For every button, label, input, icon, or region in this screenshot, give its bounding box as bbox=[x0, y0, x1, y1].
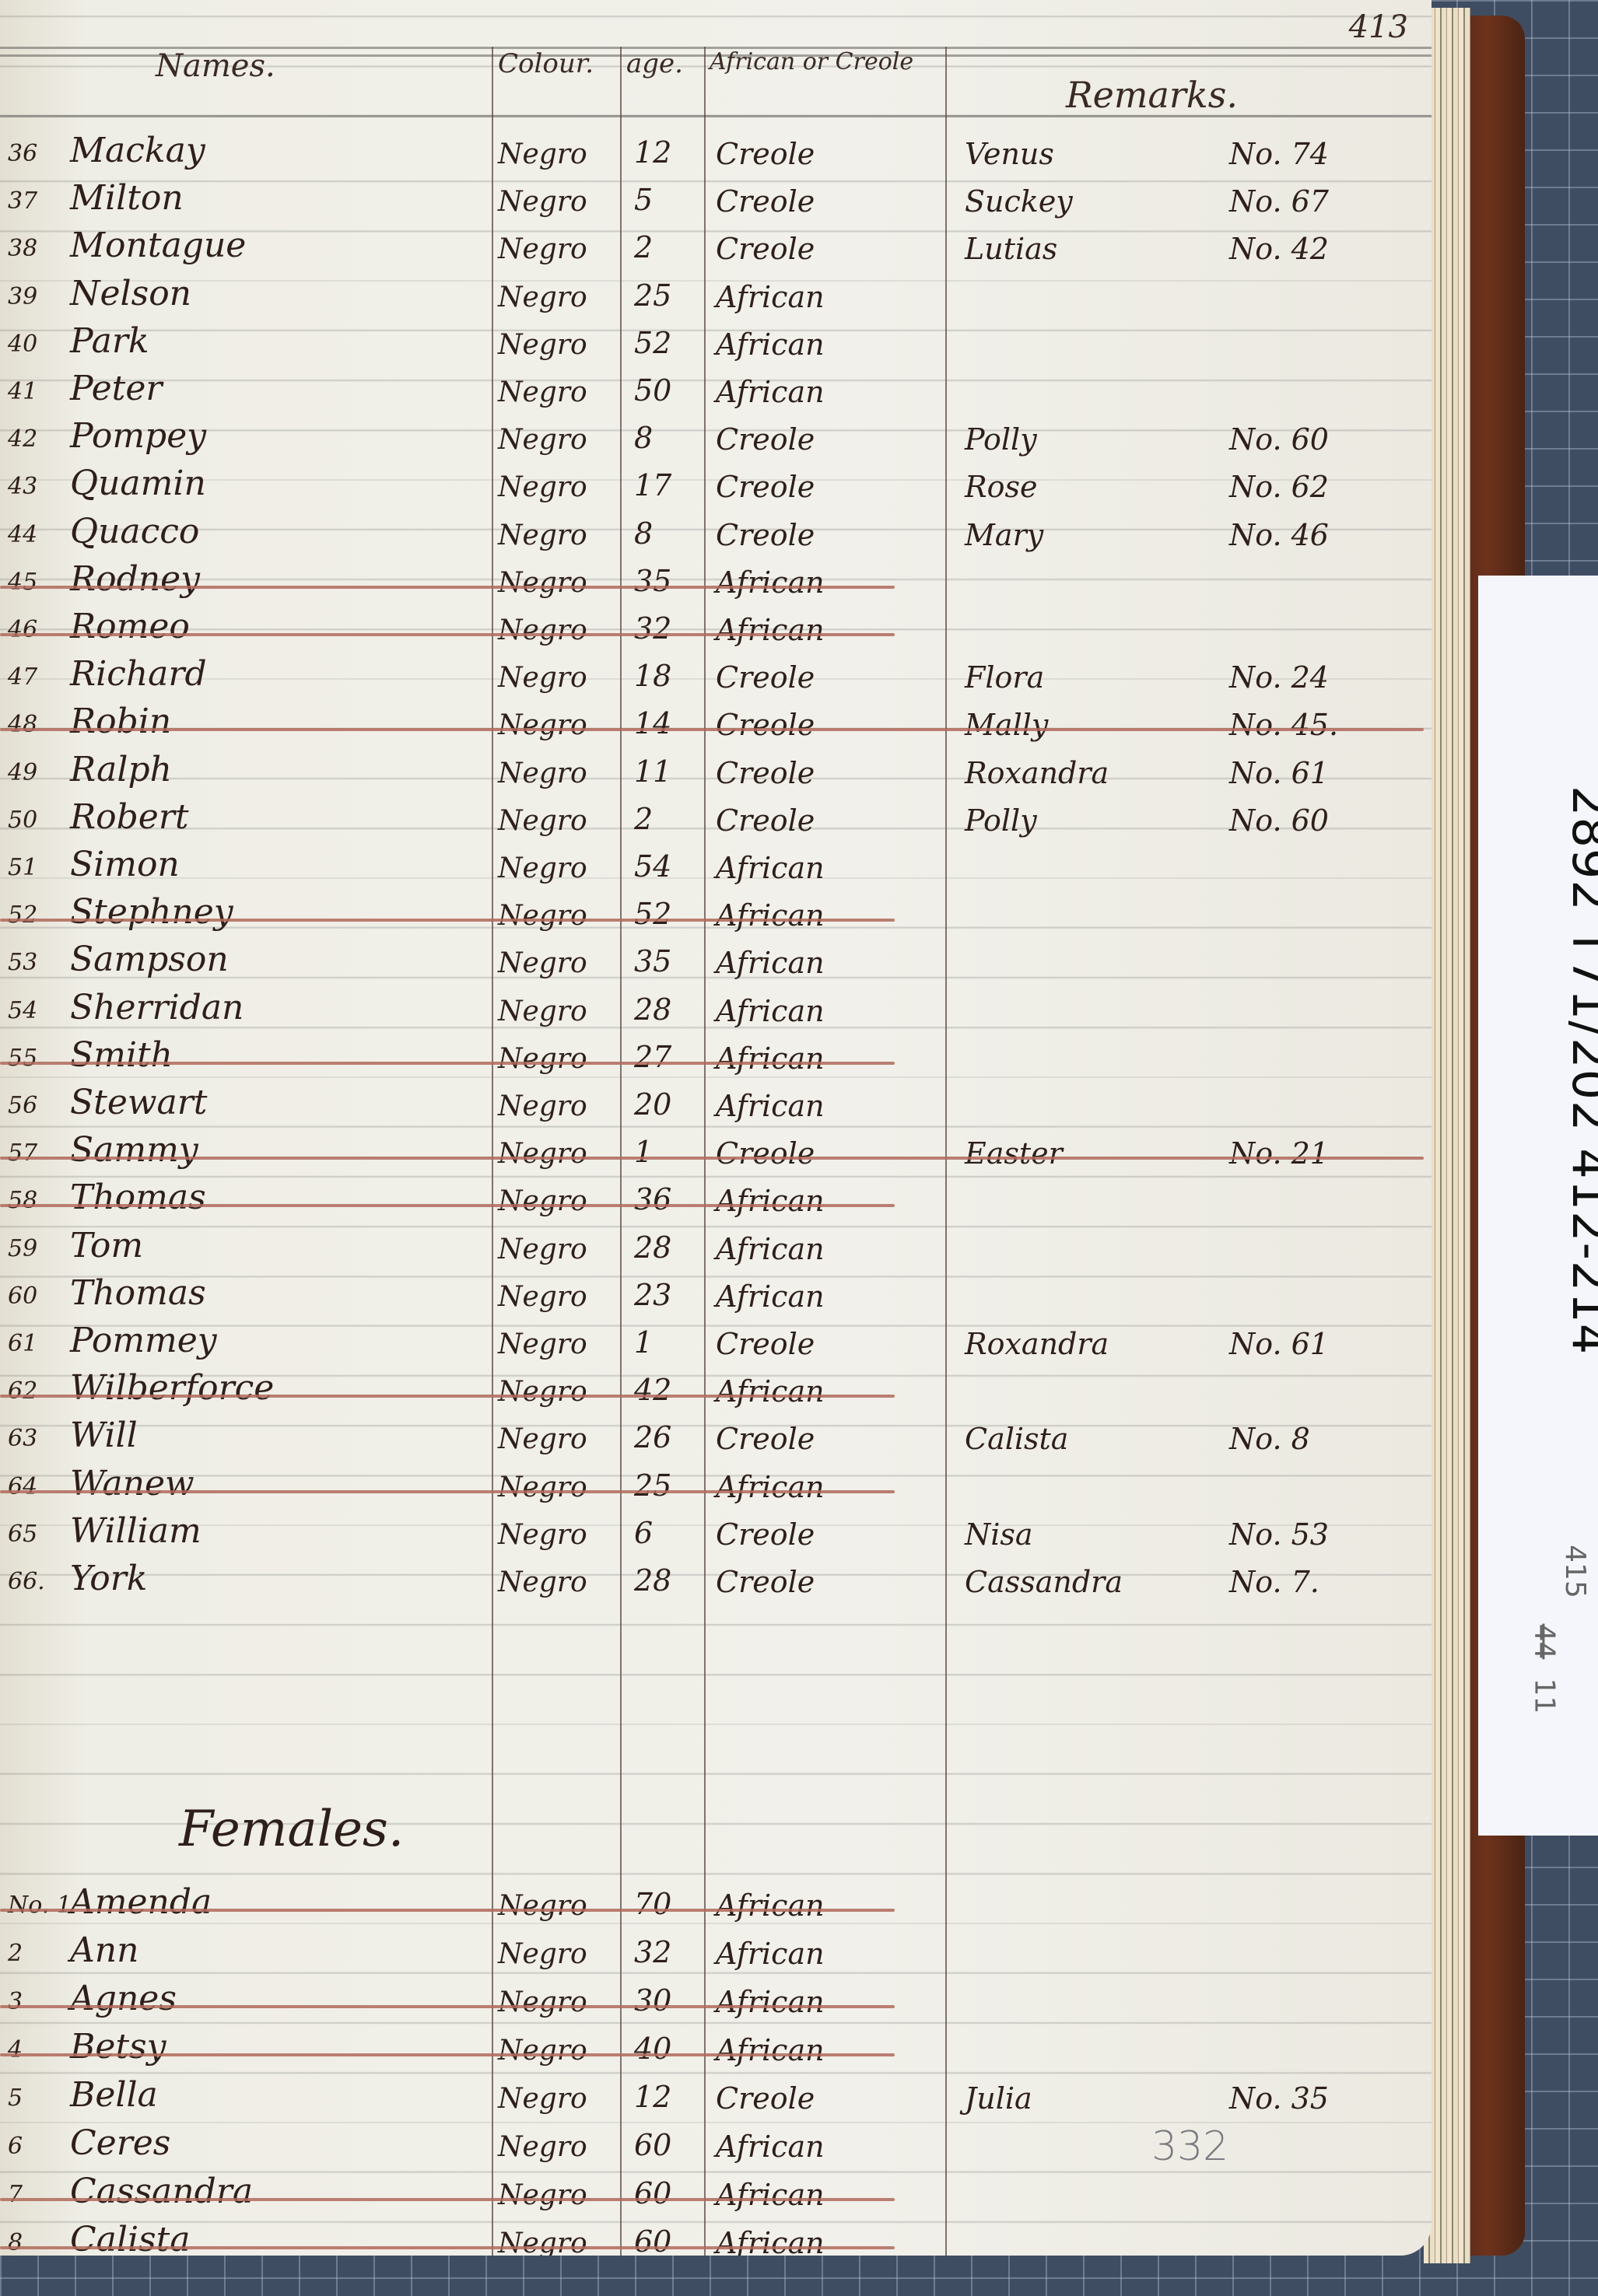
age-value: 26 bbox=[634, 1420, 671, 1454]
entry-number: 52 bbox=[8, 901, 37, 929]
entry-number: 47 bbox=[8, 663, 37, 691]
origin-value: African bbox=[716, 1374, 825, 1409]
entry-number: 46 bbox=[8, 616, 37, 643]
strikethrough-line bbox=[0, 1157, 1424, 1160]
strikethrough-line bbox=[0, 586, 895, 589]
entry-number: 4 bbox=[8, 2036, 23, 2063]
register-row: 49 Ralph Negro 11 Creole Roxandra No. 61 bbox=[0, 750, 1424, 798]
header-age: age. bbox=[626, 48, 683, 79]
origin-value: African bbox=[716, 613, 825, 647]
origin-value: Creole bbox=[716, 2081, 815, 2116]
entry-number: 65 bbox=[8, 1521, 37, 1548]
age-value: 27 bbox=[634, 1040, 671, 1074]
entry-number: 53 bbox=[8, 949, 37, 976]
register-row: 37 Milton Negro 5 Creole Suckey No. 67 bbox=[0, 178, 1424, 226]
origin-value: Creole bbox=[716, 708, 815, 742]
register-row: 64 Wanew Negro 25 African bbox=[0, 1464, 1424, 1512]
age-value: 36 bbox=[634, 1182, 671, 1216]
origin-value: African bbox=[716, 327, 825, 362]
remark-mother-name: Venus bbox=[965, 137, 1054, 171]
colour-value: Negro bbox=[498, 947, 587, 979]
register-row: 43 Quamin Negro 17 Creole Rose No. 62 bbox=[0, 464, 1424, 512]
entry-number: 36 bbox=[8, 140, 37, 167]
entry-number: 38 bbox=[8, 235, 37, 262]
origin-value: African bbox=[716, 1184, 825, 1218]
colour-value: Negro bbox=[498, 1090, 587, 1122]
remark-mother-name: Julia bbox=[965, 2081, 1032, 2116]
remark-mother-name: Roxandra bbox=[965, 1327, 1109, 1361]
entry-number: 2 bbox=[8, 1940, 23, 1967]
register-row: 5 Bella Negro 12 Creole Julia No. 35 bbox=[0, 2075, 1424, 2123]
remark-mother-name: Mally bbox=[965, 708, 1048, 742]
register-row: 57 Sammy Negro 1 Creole Easter No. 21 bbox=[0, 1130, 1424, 1178]
age-value: 17 bbox=[634, 468, 671, 502]
colour-value: Negro bbox=[498, 2228, 587, 2256]
age-value: 6 bbox=[634, 1516, 653, 1550]
origin-value: Creole bbox=[716, 518, 815, 552]
register-row: 47 Richard Negro 18 Creole Flora No. 24 bbox=[0, 654, 1424, 702]
entry-number: 43 bbox=[8, 473, 37, 500]
person-name: Cassandra bbox=[70, 2172, 253, 2211]
origin-value: Creole bbox=[716, 660, 815, 695]
remark-mother-name: Polly bbox=[965, 803, 1037, 838]
register-row: 7 Cassandra Negro 60 African bbox=[0, 2172, 1424, 2220]
register-row: 65 William Negro 6 Creole Nisa No. 53 bbox=[0, 1511, 1424, 1559]
origin-value: African bbox=[716, 1888, 825, 1923]
person-name: William bbox=[70, 1511, 202, 1551]
person-name: Robin bbox=[70, 702, 171, 741]
entry-number: 57 bbox=[8, 1139, 37, 1167]
age-value: 70 bbox=[634, 1887, 671, 1921]
colour-value: Negro bbox=[498, 852, 587, 884]
origin-value: Creole bbox=[716, 232, 815, 266]
entry-number: 39 bbox=[8, 283, 37, 310]
entry-number: 7 bbox=[8, 2181, 23, 2208]
entry-number: 54 bbox=[8, 997, 37, 1024]
age-value: 28 bbox=[634, 992, 671, 1027]
colour-value: Negro bbox=[498, 758, 587, 789]
entry-number: 61 bbox=[8, 1330, 37, 1357]
origin-value: African bbox=[716, 946, 825, 980]
remark-mother-number: No. 42 bbox=[1229, 232, 1329, 266]
register-row: 36 Mackay Negro 12 Creole Venus No. 74 bbox=[0, 131, 1424, 179]
entry-number: 50 bbox=[8, 807, 37, 834]
register-row: 63 Will Negro 26 Creole Calista No. 8 bbox=[0, 1416, 1424, 1464]
age-value: 54 bbox=[634, 849, 671, 884]
age-value: 60 bbox=[634, 2176, 671, 2210]
entry-number: 8 bbox=[8, 2229, 23, 2256]
person-name: Milton bbox=[70, 178, 184, 218]
remark-mother-number: No. 74 bbox=[1229, 137, 1329, 171]
register-row: 2 Ann Negro 32 African bbox=[0, 1930, 1424, 1979]
entry-number: 62 bbox=[8, 1377, 37, 1405]
origin-value: African bbox=[716, 994, 825, 1028]
origin-value: African bbox=[716, 375, 825, 409]
colour-value: Negro bbox=[498, 376, 587, 408]
remark-mother-number: No. 62 bbox=[1229, 470, 1329, 504]
strikethrough-line bbox=[0, 1909, 895, 1912]
register-row: 54 Sherridan Negro 28 African bbox=[0, 988, 1424, 1036]
origin-value: Creole bbox=[716, 422, 815, 457]
remark-mother-number: No. 46 bbox=[1229, 518, 1329, 552]
person-name: Peter bbox=[70, 369, 162, 408]
age-value: 42 bbox=[634, 1373, 671, 1407]
person-name: Ceres bbox=[70, 2123, 170, 2163]
remark-mother-name: Mary bbox=[965, 518, 1043, 552]
origin-value: African bbox=[716, 1232, 825, 1266]
register-row: 39 Nelson Negro 25 African bbox=[0, 274, 1424, 322]
colour-value: Negro bbox=[498, 662, 587, 694]
strikethrough-line bbox=[0, 2053, 895, 2056]
register-row: 66. York Negro 28 Creole Cassandra No. 7… bbox=[0, 1559, 1424, 1607]
entry-number: 37 bbox=[8, 187, 37, 215]
colour-value: Negro bbox=[498, 1138, 587, 1170]
origin-value: Creole bbox=[716, 1517, 815, 1552]
age-value: 52 bbox=[634, 326, 671, 360]
age-value: 35 bbox=[634, 944, 671, 978]
origin-value: African bbox=[716, 1470, 825, 1504]
age-value: 11 bbox=[634, 754, 671, 789]
person-name: Montague bbox=[70, 226, 246, 265]
colour-value: Negro bbox=[498, 709, 587, 741]
ledger-page: 413 Names. Colour. age. African or Creol… bbox=[0, 0, 1432, 2256]
origin-value: African bbox=[716, 280, 825, 314]
age-value: 5 bbox=[634, 183, 653, 217]
colour-value: Negro bbox=[498, 2035, 587, 2067]
origin-value: Creole bbox=[716, 184, 815, 219]
header-colour: Colour. bbox=[498, 48, 594, 79]
register-row: 42 Pompey Negro 8 Creole Polly No. 60 bbox=[0, 416, 1424, 464]
person-name: Bella bbox=[70, 2075, 158, 2115]
person-name: Stewart bbox=[70, 1083, 207, 1122]
origin-value: Creole bbox=[716, 1136, 815, 1171]
person-name: Ralph bbox=[70, 750, 172, 789]
person-name: York bbox=[70, 1559, 147, 1598]
colour-value: Negro bbox=[498, 1043, 587, 1075]
remark-mother-number: No. 7. bbox=[1229, 1565, 1319, 1599]
archive-label-handwritten-after: 11 bbox=[1528, 1678, 1560, 1714]
strikethrough-line bbox=[0, 1490, 895, 1493]
archive-label-text: 2892 T71/202 412-214 bbox=[1561, 786, 1598, 1355]
register-row: 55 Smith Negro 27 African bbox=[0, 1035, 1424, 1083]
colour-value: Negro bbox=[498, 1566, 587, 1598]
origin-value: African bbox=[716, 851, 825, 885]
age-value: 12 bbox=[634, 2080, 671, 2114]
colour-value: Negro bbox=[498, 138, 587, 170]
origin-value: African bbox=[716, 2033, 825, 2067]
strikethrough-line bbox=[0, 2246, 895, 2249]
age-value: 8 bbox=[634, 421, 653, 455]
age-value: 52 bbox=[634, 897, 671, 931]
remark-mother-number: No. 67 bbox=[1229, 184, 1329, 219]
person-name: Betsy bbox=[70, 2027, 166, 2067]
strikethrough-line bbox=[0, 1062, 895, 1065]
remark-mother-name: Polly bbox=[965, 422, 1037, 457]
register-row: No. 1 Amenda Negro 70 African bbox=[0, 1882, 1424, 1930]
origin-value: Creole bbox=[716, 1565, 815, 1599]
remark-mother-number: No. 8 bbox=[1229, 1422, 1310, 1456]
pencil-note: 332 bbox=[1151, 2123, 1228, 2170]
register-row: 46 Romeo Negro 32 African bbox=[0, 607, 1424, 655]
register-row: 4 Betsy Negro 40 African bbox=[0, 2027, 1424, 2075]
register-row: 53 Sampson Negro 35 African bbox=[0, 940, 1424, 988]
entry-number: 64 bbox=[8, 1473, 37, 1500]
register-row: 62 Wilberforce Negro 42 African bbox=[0, 1368, 1424, 1416]
remark-mother-name: Nisa bbox=[965, 1517, 1033, 1552]
colour-value: Negro bbox=[498, 233, 587, 265]
register-row: 52 Stephney Negro 52 African bbox=[0, 892, 1424, 940]
remark-mother-number: No. 21 bbox=[1229, 1136, 1329, 1171]
entry-number: No. 1 bbox=[8, 1892, 72, 1919]
colour-value: Negro bbox=[498, 1986, 587, 2018]
person-name: Pompey bbox=[70, 416, 206, 456]
archive-label-handwritten-struck: 44 bbox=[1528, 1624, 1560, 1660]
origin-value: African bbox=[716, 2178, 825, 2212]
remark-mother-name: Rose bbox=[965, 470, 1037, 504]
origin-value: African bbox=[716, 1089, 825, 1123]
remark-mother-name: Flora bbox=[965, 660, 1044, 695]
age-value: 35 bbox=[634, 564, 671, 598]
age-value: 1 bbox=[634, 1325, 653, 1360]
register-row: 3 Agnes Negro 30 African bbox=[0, 1979, 1424, 2027]
origin-value: African bbox=[716, 2130, 825, 2164]
strikethrough-line bbox=[0, 633, 895, 636]
person-name: Calista bbox=[70, 2220, 191, 2256]
strikethrough-line bbox=[0, 2005, 895, 2008]
register-row: 8 Calista Negro 60 African bbox=[0, 2220, 1424, 2256]
person-name: Wanew bbox=[70, 1464, 194, 1503]
age-value: 25 bbox=[634, 278, 671, 313]
entry-number: 41 bbox=[8, 378, 37, 405]
person-name: Mackay bbox=[70, 131, 205, 170]
remark-mother-number: No. 45. bbox=[1229, 708, 1338, 742]
person-name: Thomas bbox=[70, 1178, 206, 1217]
entry-number: 44 bbox=[8, 521, 37, 548]
origin-value: Creole bbox=[716, 756, 815, 790]
origin-value: African bbox=[716, 565, 825, 600]
colour-value: Negro bbox=[498, 520, 587, 551]
entry-number: 55 bbox=[8, 1045, 37, 1072]
origin-value: Creole bbox=[716, 1422, 815, 1456]
age-value: 28 bbox=[634, 1230, 671, 1265]
colour-value: Negro bbox=[498, 1423, 587, 1455]
age-value: 28 bbox=[634, 1563, 671, 1598]
age-value: 20 bbox=[634, 1087, 671, 1122]
person-name: Thomas bbox=[70, 1273, 206, 1313]
colour-value: Negro bbox=[498, 282, 587, 313]
register-row: 50 Robert Negro 2 Creole Polly No. 60 bbox=[0, 797, 1424, 845]
header-names: Names. bbox=[156, 48, 275, 84]
remark-mother-number: No. 24 bbox=[1229, 660, 1329, 695]
person-name: Nelson bbox=[70, 274, 191, 313]
register-row: 60 Thomas Negro 23 African bbox=[0, 1273, 1424, 1321]
age-value: 60 bbox=[634, 2128, 671, 2162]
age-value: 2 bbox=[634, 802, 653, 836]
remark-mother-name: Suckey bbox=[965, 184, 1073, 219]
colour-value: Negro bbox=[498, 2179, 587, 2211]
person-name: Quacco bbox=[70, 512, 199, 551]
colour-value: Negro bbox=[498, 1281, 587, 1313]
colour-value: Negro bbox=[498, 900, 587, 932]
origin-value: African bbox=[716, 2226, 825, 2256]
colour-value: Negro bbox=[498, 567, 587, 599]
age-value: 2 bbox=[634, 230, 653, 264]
colour-value: Negro bbox=[498, 2131, 587, 2163]
colour-value: Negro bbox=[498, 1938, 587, 1970]
entry-number: 59 bbox=[8, 1235, 37, 1262]
remark-mother-number: No. 60 bbox=[1229, 803, 1329, 838]
colour-value: Negro bbox=[498, 329, 587, 361]
colour-value: Negro bbox=[498, 1234, 587, 1265]
entry-number: 51 bbox=[8, 854, 37, 881]
colour-value: Negro bbox=[498, 471, 587, 503]
entry-number: 66. bbox=[8, 1568, 45, 1595]
colour-value: Negro bbox=[498, 996, 587, 1027]
age-value: 25 bbox=[634, 1468, 671, 1503]
colour-value: Negro bbox=[498, 1472, 587, 1503]
remark-mother-name: Calista bbox=[965, 1422, 1068, 1456]
entry-number: 58 bbox=[8, 1187, 37, 1214]
archive-label-handwritten-above: 415 bbox=[1559, 1545, 1591, 1598]
entry-number: 56 bbox=[8, 1092, 37, 1119]
remark-mother-name: Lutias bbox=[965, 232, 1057, 266]
colour-value: Negro bbox=[498, 424, 587, 456]
age-value: 30 bbox=[634, 1983, 671, 2018]
person-name: Stephney bbox=[70, 892, 233, 932]
age-value: 12 bbox=[634, 135, 671, 170]
register-row: 56 Stewart Negro 20 African bbox=[0, 1083, 1424, 1131]
entry-number: 6 bbox=[8, 2133, 23, 2160]
person-name: Amenda bbox=[70, 1882, 212, 1922]
colour-value: Negro bbox=[498, 1376, 587, 1408]
person-name: Richard bbox=[70, 654, 207, 694]
register-row: 51 Simon Negro 54 African bbox=[0, 845, 1424, 893]
entry-number: 48 bbox=[8, 711, 37, 738]
person-name: Will bbox=[70, 1416, 138, 1455]
person-name: Simon bbox=[70, 845, 180, 884]
person-name: Tom bbox=[70, 1226, 143, 1265]
colour-value: Negro bbox=[498, 1328, 587, 1360]
strikethrough-line bbox=[0, 1204, 895, 1207]
person-name: Agnes bbox=[70, 1979, 177, 2018]
age-value: 14 bbox=[634, 706, 671, 740]
person-name: Robert bbox=[70, 797, 189, 837]
register-row: 40 Park Negro 52 African bbox=[0, 321, 1424, 369]
colour-value: Negro bbox=[498, 2083, 587, 2115]
remark-mother-number: No. 61 bbox=[1229, 756, 1329, 790]
origin-value: Creole bbox=[716, 470, 815, 504]
person-name: Ann bbox=[70, 1930, 138, 1970]
colour-value: Negro bbox=[498, 1185, 587, 1217]
person-name: Rodney bbox=[70, 559, 200, 599]
person-name: Wilberforce bbox=[70, 1368, 274, 1408]
remark-mother-number: No. 35 bbox=[1229, 2081, 1329, 2116]
person-name: Pommey bbox=[70, 1321, 217, 1360]
entry-number: 42 bbox=[8, 425, 37, 453]
entry-number: 40 bbox=[8, 331, 37, 358]
origin-value: African bbox=[716, 1279, 825, 1314]
remark-mother-name: Easter bbox=[965, 1136, 1063, 1171]
register-row: 41 Peter Negro 50 African bbox=[0, 369, 1424, 417]
entry-number: 60 bbox=[8, 1283, 37, 1310]
person-name: Sherridan bbox=[70, 988, 244, 1027]
colour-value: Negro bbox=[498, 186, 587, 218]
remark-mother-name: Roxandra bbox=[965, 756, 1109, 790]
register-row: 58 Thomas Negro 36 African bbox=[0, 1178, 1424, 1226]
origin-value: Creole bbox=[716, 137, 815, 171]
strikethrough-line bbox=[0, 1395, 895, 1398]
register-row: 61 Pommey Negro 1 Creole Roxandra No. 61 bbox=[0, 1321, 1424, 1369]
age-value: 18 bbox=[634, 659, 671, 693]
age-value: 32 bbox=[634, 611, 671, 646]
colour-value: Negro bbox=[498, 1890, 587, 1922]
register-row: 59 Tom Negro 28 African bbox=[0, 1226, 1424, 1274]
entry-number: 45 bbox=[8, 569, 37, 596]
origin-value: African bbox=[716, 1937, 825, 1971]
entry-number: 5 bbox=[8, 2084, 23, 2112]
person-name: Park bbox=[70, 321, 149, 361]
entry-number: 49 bbox=[8, 759, 37, 786]
header-remarks: Remarks. bbox=[1066, 74, 1238, 116]
person-name: Sammy bbox=[70, 1130, 198, 1170]
colour-value: Negro bbox=[498, 805, 587, 837]
person-name: Romeo bbox=[70, 607, 190, 646]
strikethrough-line bbox=[0, 728, 1424, 731]
age-value: 50 bbox=[634, 373, 671, 408]
origin-value: Creole bbox=[716, 803, 815, 838]
origin-value: African bbox=[716, 898, 825, 933]
person-name: Quamin bbox=[70, 464, 206, 503]
origin-value: African bbox=[716, 1041, 825, 1076]
register-row: 48 Robin Negro 14 Creole Mally No. 45. bbox=[0, 702, 1424, 750]
age-value: 23 bbox=[634, 1278, 671, 1312]
strikethrough-line bbox=[0, 2198, 895, 2201]
age-value: 60 bbox=[634, 2224, 671, 2256]
origin-value: Creole bbox=[716, 1327, 815, 1361]
origin-value: African bbox=[716, 1985, 825, 2019]
remark-mother-number: No. 60 bbox=[1229, 422, 1329, 457]
register-row: 45 Rodney Negro 35 African bbox=[0, 559, 1424, 607]
females-heading: Females. bbox=[179, 1801, 404, 1858]
header-origin: African or Creole bbox=[710, 48, 913, 75]
age-value: 1 bbox=[634, 1135, 653, 1169]
age-value: 40 bbox=[634, 2032, 671, 2066]
remark-mother-number: No. 53 bbox=[1229, 1517, 1329, 1552]
colour-value: Negro bbox=[498, 1519, 587, 1551]
age-value: 8 bbox=[634, 516, 653, 551]
person-name: Smith bbox=[70, 1035, 173, 1075]
remark-mother-name: Cassandra bbox=[965, 1565, 1123, 1599]
age-value: 32 bbox=[634, 1935, 671, 1969]
person-name: Sampson bbox=[70, 940, 229, 979]
page-number: 413 bbox=[1349, 9, 1408, 45]
register-row: 44 Quacco Negro 8 Creole Mary No. 46 bbox=[0, 512, 1424, 560]
entry-number: 3 bbox=[8, 1988, 23, 2015]
register-row: 38 Montague Negro 2 Creole Lutias No. 42 bbox=[0, 226, 1424, 274]
remark-mother-number: No. 61 bbox=[1229, 1327, 1329, 1361]
entry-number: 63 bbox=[8, 1425, 37, 1452]
colour-value: Negro bbox=[498, 614, 587, 646]
strikethrough-line bbox=[0, 919, 895, 922]
